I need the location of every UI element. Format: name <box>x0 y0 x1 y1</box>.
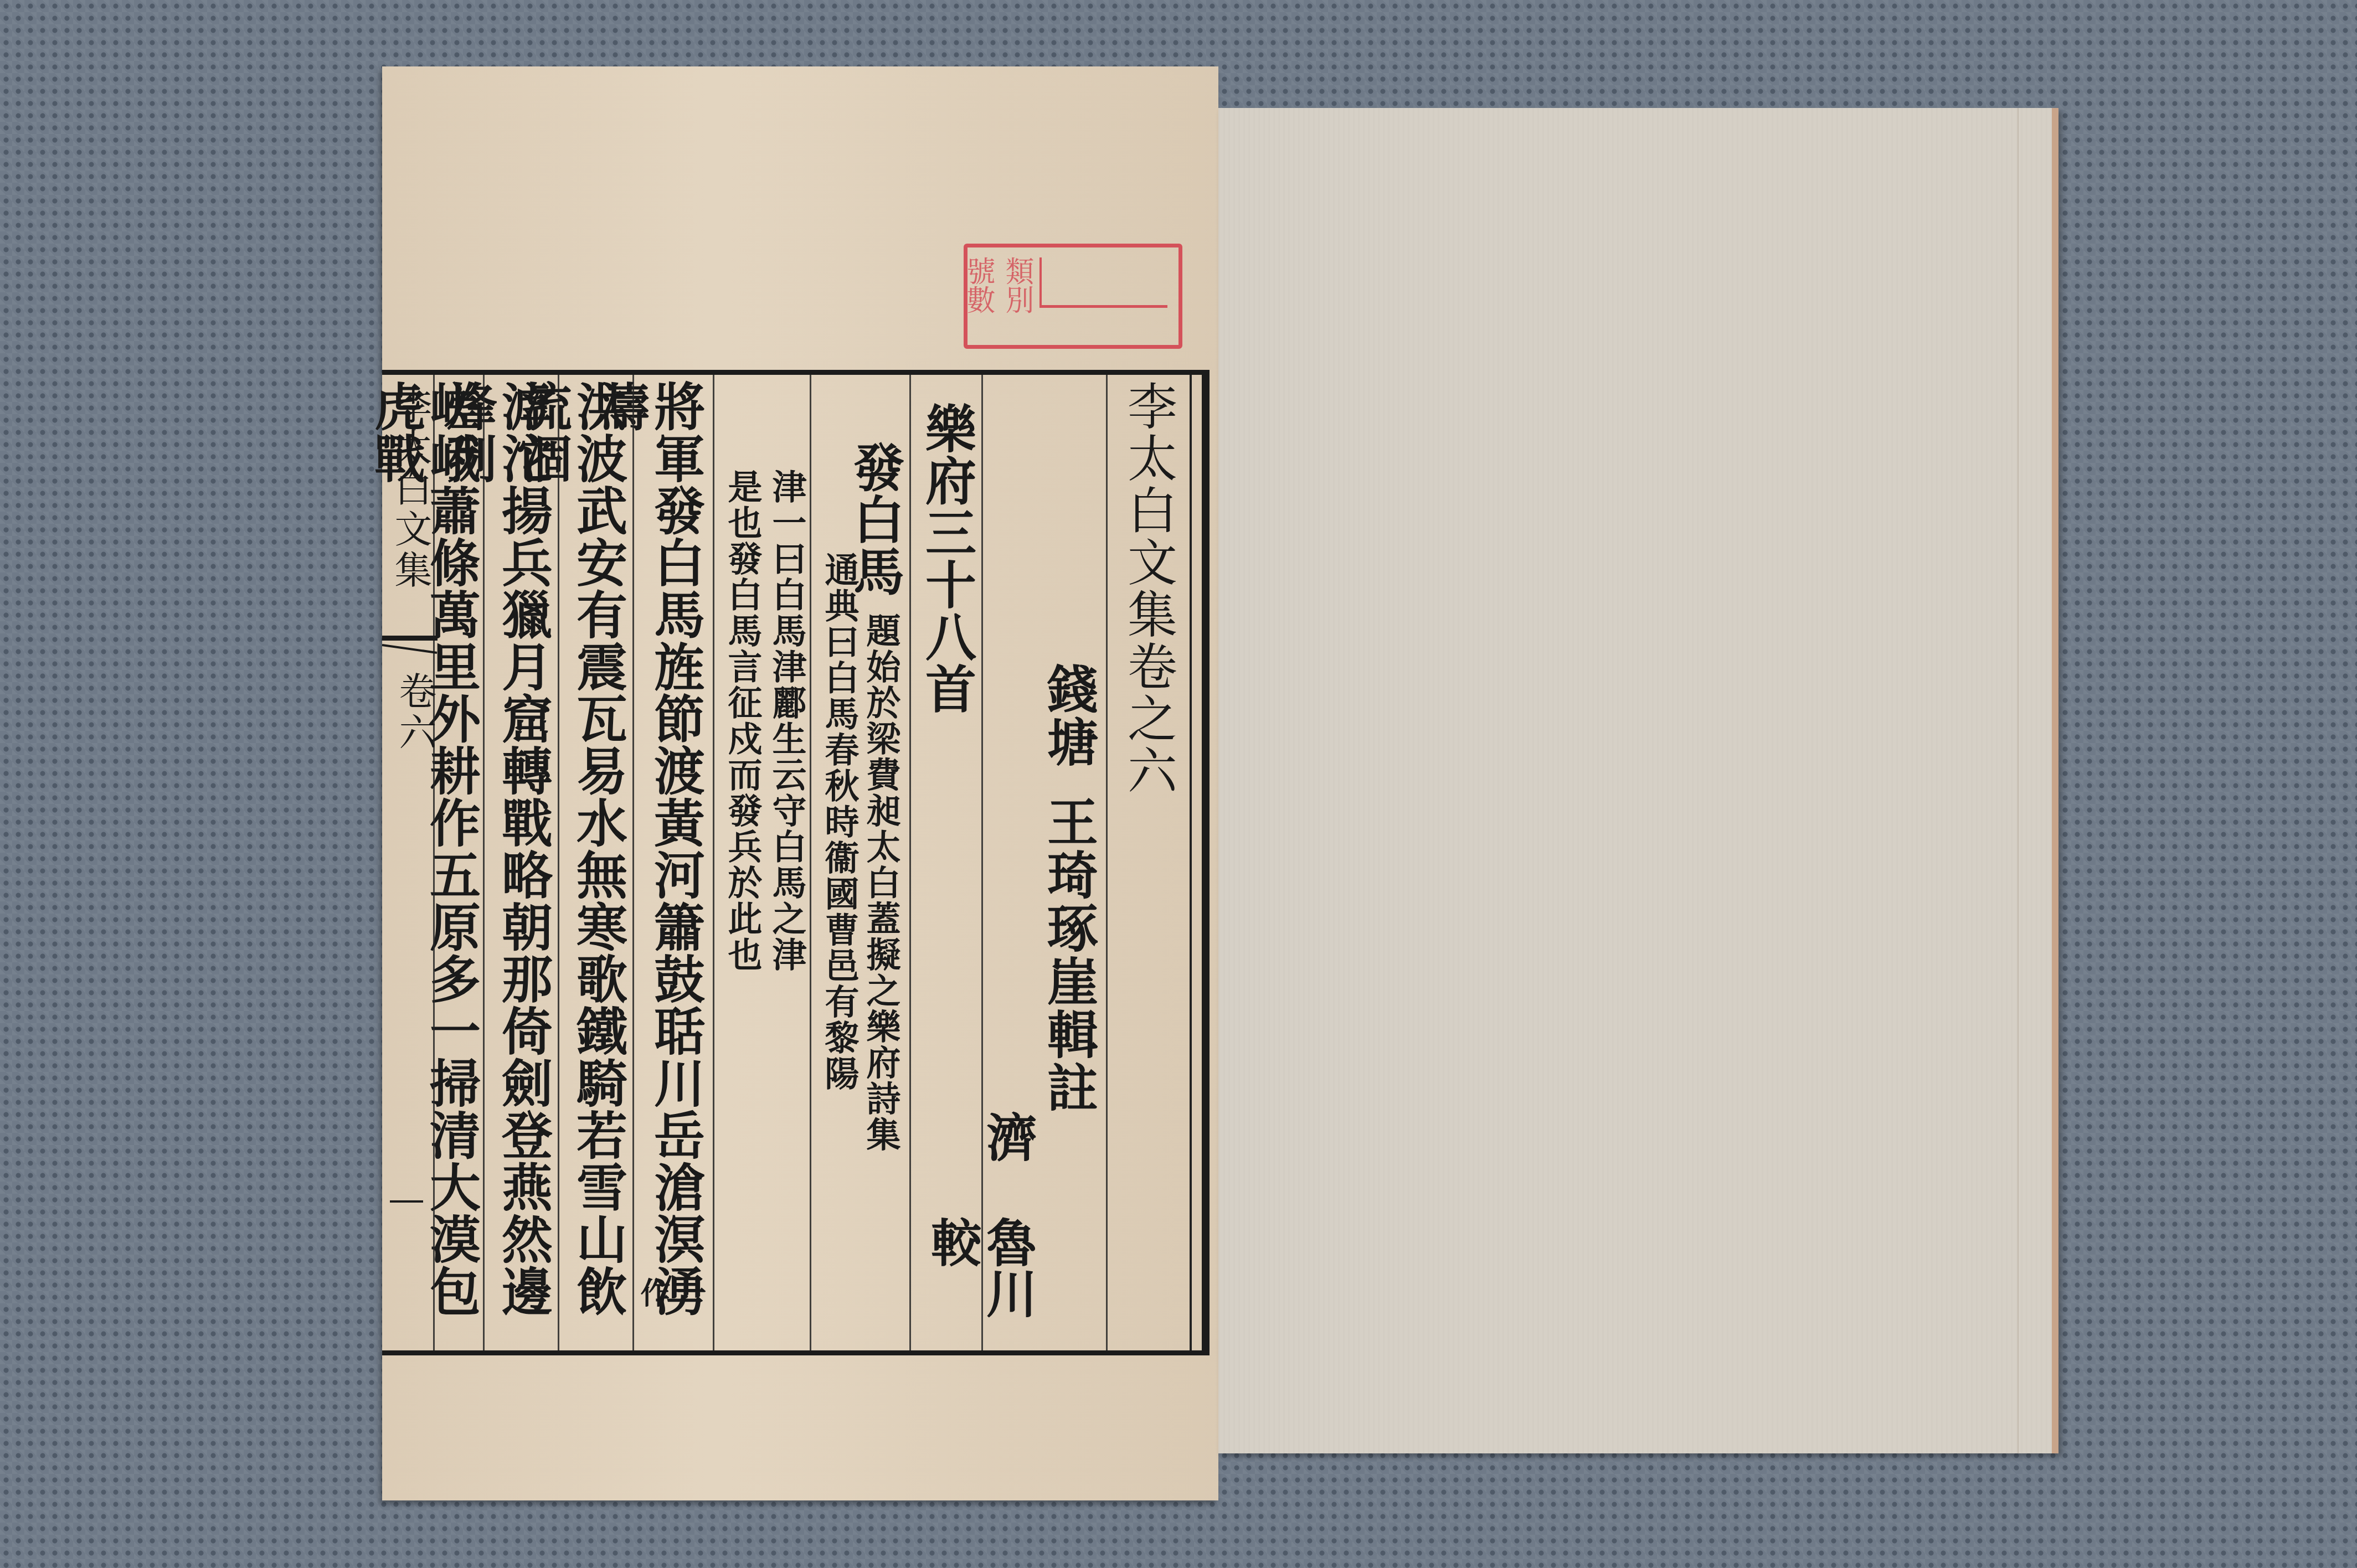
annotation-right: 題始於梁費昶太白蓋擬之樂府詩集 <box>858 613 897 1350</box>
spine-book-title: 李太白文集 <box>388 386 432 591</box>
column-rule <box>483 375 485 1350</box>
poem-line: 洪波武安有震瓦易水無寒歌鐵騎若雪山飲流涸 <box>565 375 626 1350</box>
seal-label: 類別號數 <box>975 256 1036 338</box>
fishtail-mark <box>382 636 438 652</box>
byline-editor: 王琦琢崖輯註 <box>1041 796 1097 1115</box>
column-rule <box>1106 375 1108 1350</box>
column-rule <box>909 375 911 1350</box>
seal-divider <box>1039 305 1167 308</box>
page-edge-line <box>2018 108 2019 1453</box>
column-rule <box>810 375 811 1350</box>
column-rule <box>558 375 559 1350</box>
frame-inner-line <box>1190 375 1192 1350</box>
byline-place: 錢塘 <box>1041 663 1097 769</box>
annotation-right: 津一曰白馬津酈生云守白馬之津 <box>764 469 803 1350</box>
frame-border-right <box>1202 370 1210 1355</box>
library-seal: 類別號數 <box>964 244 1182 349</box>
section-title: 樂府三十八首 <box>914 397 975 1350</box>
annotation-left: 通典曰白馬春秋時衞國曹邑有黎陽 <box>817 552 856 1350</box>
column-rule <box>981 375 983 1350</box>
annotation-left: 是也發白馬言征戍而發兵於此也 <box>720 469 759 1350</box>
poem-line: 滹沱揚兵獵月窟轉戰略朝那倚劍登燕然邊烽列 <box>490 375 551 1350</box>
spine-volume: 卷六 <box>388 672 441 754</box>
volume-title: 李太白文集卷之六 <box>1114 375 1175 1350</box>
block-center-spine: 李太白文集 卷六 一 <box>382 370 440 1355</box>
byline-proof-prefix: 濟 <box>980 1111 1036 1162</box>
spine-page-number: 一 <box>390 1200 423 1203</box>
variant-note: 一 <box>678 1277 706 1350</box>
right-blank-page <box>1218 108 2058 1453</box>
text-frame: 李太白文集卷之六 錢塘 王琦琢崖輯註 濟 魯川較 樂府三十八首 發白馬 題始於梁… <box>382 370 1202 1355</box>
variant-note: 作 <box>642 1277 670 1350</box>
column-rule <box>713 375 714 1350</box>
column-rule <box>632 375 634 1350</box>
seal-divider <box>1039 257 1042 307</box>
poem-line: 將軍發白馬旌節渡黃河簫鼓聒川岳滄溟湧濤 <box>642 375 703 1350</box>
